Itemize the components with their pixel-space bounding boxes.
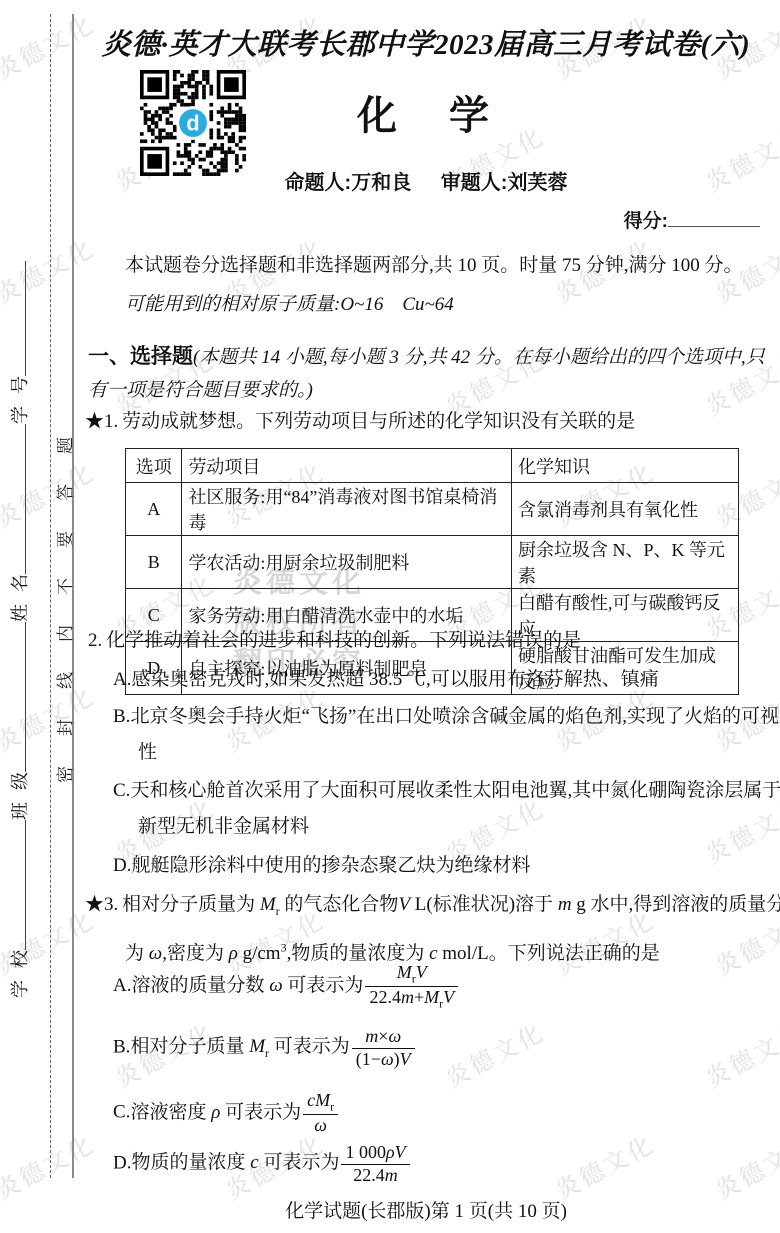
question-3-text: 相对分子质量为 Mr 的气态化合物V L(标准状况)溶于 m g 水中,得到溶液… [122, 894, 780, 964]
seal-notice-text: 密封线内不要答题 [51, 0, 73, 1233]
table-row: A 社区服务:用“84”消毒液对图书馆桌椅消毒 含氯消毒剂具有氧化性 [126, 483, 739, 536]
option-label: A. [113, 975, 131, 996]
atomic-mass-note: 可能用到的相对原子质量:O~16 Cu~64 [125, 291, 454, 318]
school-blank [4, 820, 26, 950]
option-label: C. [113, 780, 130, 801]
table-row: B 学农活动:用厨余垃圾制肥料 厨余垃圾含 N、P、K 等元素 [126, 536, 739, 589]
option-label: B. [113, 706, 130, 727]
option-label: D. [113, 1152, 131, 1173]
cell-option: A [126, 483, 182, 536]
cell-knowledge: 含氯消毒剂具有氧化性 [512, 483, 739, 536]
header-project: 劳动项目 [182, 449, 512, 483]
option-formula: 溶液密度 ρ 可表示为cMrω [130, 1102, 340, 1123]
question-2-option-c: C.天和核心舱首次采用了大面积可展收柔性太阳电池翼,其中氮化硼陶瓷涂层属于新型无… [113, 773, 780, 845]
cell-project: 社区服务:用“84”消毒液对图书馆桌椅消毒 [182, 483, 512, 536]
brand-watermark: 炎德文化 [698, 1013, 780, 1095]
question-1-table: 选项 劳动项目 化学知识 A 社区服务:用“84”消毒液对图书馆桌椅消毒 含氯消… [125, 448, 739, 695]
question-1-text: 劳动成就梦想。下列劳动项目与所述的化学知识没有关联的是 [122, 411, 635, 432]
question-3-number: 3. [104, 894, 118, 915]
question-3-option-c: C.溶液密度 ρ 可表示为cMrω [113, 1090, 340, 1137]
question-2-stem: 2. 化学推动着社会的进步和科技的创新。下列说法错误的是 [88, 624, 581, 657]
question-3-option-d: D.物质的量浓度 c 可表示为1 000ρV22.4m [113, 1142, 412, 1186]
brand-watermark: 炎德文化 [548, 1125, 660, 1207]
exam-paper-page: { "watermark": { "tile": "炎德文化", "center… [0, 0, 780, 1233]
question-1-number: 1. [104, 411, 118, 432]
class-blank [4, 622, 26, 772]
table-header-row: 选项 劳动项目 化学知识 [126, 449, 739, 483]
star-icon: ★ [85, 894, 104, 915]
student-info-fields: 学校班级姓名学号 [4, 0, 48, 1233]
question-2-text: 化学推动着社会的进步和科技的创新。下列说法错误的是 [106, 630, 581, 651]
question-2-option-b: B.北京冬奥会手持火炬“飞扬”在出口处喷涂含碱金属的焰色剂,实现了火焰的可视性 [113, 699, 780, 771]
reviewer-name: 审题人:刘芙蓉 [441, 172, 568, 194]
option-text: 感染奥密克戎时,如果发热超 38.5 ℃,可以服用布洛芬解热、镇痛 [131, 669, 658, 690]
cell-option: B [126, 536, 182, 589]
section-title: 一、选择题 [88, 345, 193, 368]
question-3-stem: ★3. 相对分子质量为 Mr 的气态化合物V L(标准状况)溶于 m g 水中,… [85, 886, 780, 972]
option-label: D. [113, 855, 131, 876]
header-option: 选项 [126, 449, 182, 483]
question-3-option-a: A.溶液的质量分数 ω 可表示为MrV22.4m+MrV [113, 962, 460, 1011]
page-footer: 化学试题(长郡版)第 1 页(共 10 页) [88, 1196, 764, 1223]
cell-knowledge: 厨余垃圾含 N、P、K 等元素 [512, 536, 739, 589]
option-text: 北京冬奥会手持火炬“飞扬”在出口处喷涂含碱金属的焰色剂,实现了火焰的可视性 [130, 706, 779, 763]
name-blank [4, 424, 26, 574]
option-formula: 溶液的质量分数 ω 可表示为MrV22.4m+MrV [131, 975, 460, 996]
option-label: C. [113, 1102, 130, 1123]
brand-watermark: 炎德文化 [438, 1013, 550, 1095]
question-1-stem: ★1. 劳动成就梦想。下列劳动项目与所述的化学知识没有关联的是 [85, 405, 775, 438]
question-2-option-d: D.舰艇隐形涂料中使用的掺杂态聚乙炔为绝缘材料 [113, 848, 531, 884]
header-knowledge: 化学知识 [512, 449, 739, 483]
cell-project: 学农活动:用厨余垃圾制肥料 [182, 536, 512, 589]
option-text: 天和核心舱首次采用了大面积可展收柔性太阳电池翼,其中氮化硼陶瓷涂层属于新型无机非… [130, 780, 780, 837]
paper-info: 本试题卷分选择题和非选择题两部分,共 10 页。时量 75 分钟,满分 100 … [125, 252, 743, 279]
question-2-option-a: A.感染奥密克戎时,如果发热超 38.5 ℃,可以服用布洛芬解热、镇痛 [113, 662, 659, 698]
exam-title: 炎德·英才大联考长郡中学2023届高三月考试卷(六) [88, 22, 764, 63]
score-label: 得分: [624, 211, 668, 232]
seal-notice: 密封线内不要答题 [56, 407, 75, 783]
star-icon: ★ [85, 411, 104, 432]
option-text: 舰艇隐形涂料中使用的掺杂态聚乙炔为绝缘材料 [131, 855, 530, 876]
brand-watermark: 炎德文化 [708, 1125, 780, 1207]
score-block: 得分: [624, 206, 760, 233]
section-heading: 一、选择题(本题共 14 小题,每小题 3 分,共 42 分。在每小题给出的四个… [88, 340, 772, 407]
option-label: B. [113, 1036, 130, 1057]
option-formula: 物质的量浓度 c 可表示为1 000ρV22.4m [131, 1152, 411, 1173]
score-blank [668, 207, 760, 227]
student-id-blank [4, 261, 26, 376]
question-3-option-b: B.相对分子质量 Mr 可表示为m×ω(1−ω)V [113, 1026, 417, 1070]
subject-title: 化 学 [88, 84, 764, 141]
examiners-line: 命题人:万和良 审题人:刘芙蓉 [88, 166, 764, 195]
setter-name: 命题人:万和良 [285, 172, 412, 194]
question-2-number: 2. [88, 630, 102, 651]
option-label: A. [113, 669, 131, 690]
option-formula: 相对分子质量 Mr 可表示为m×ω(1−ω)V [130, 1036, 416, 1057]
